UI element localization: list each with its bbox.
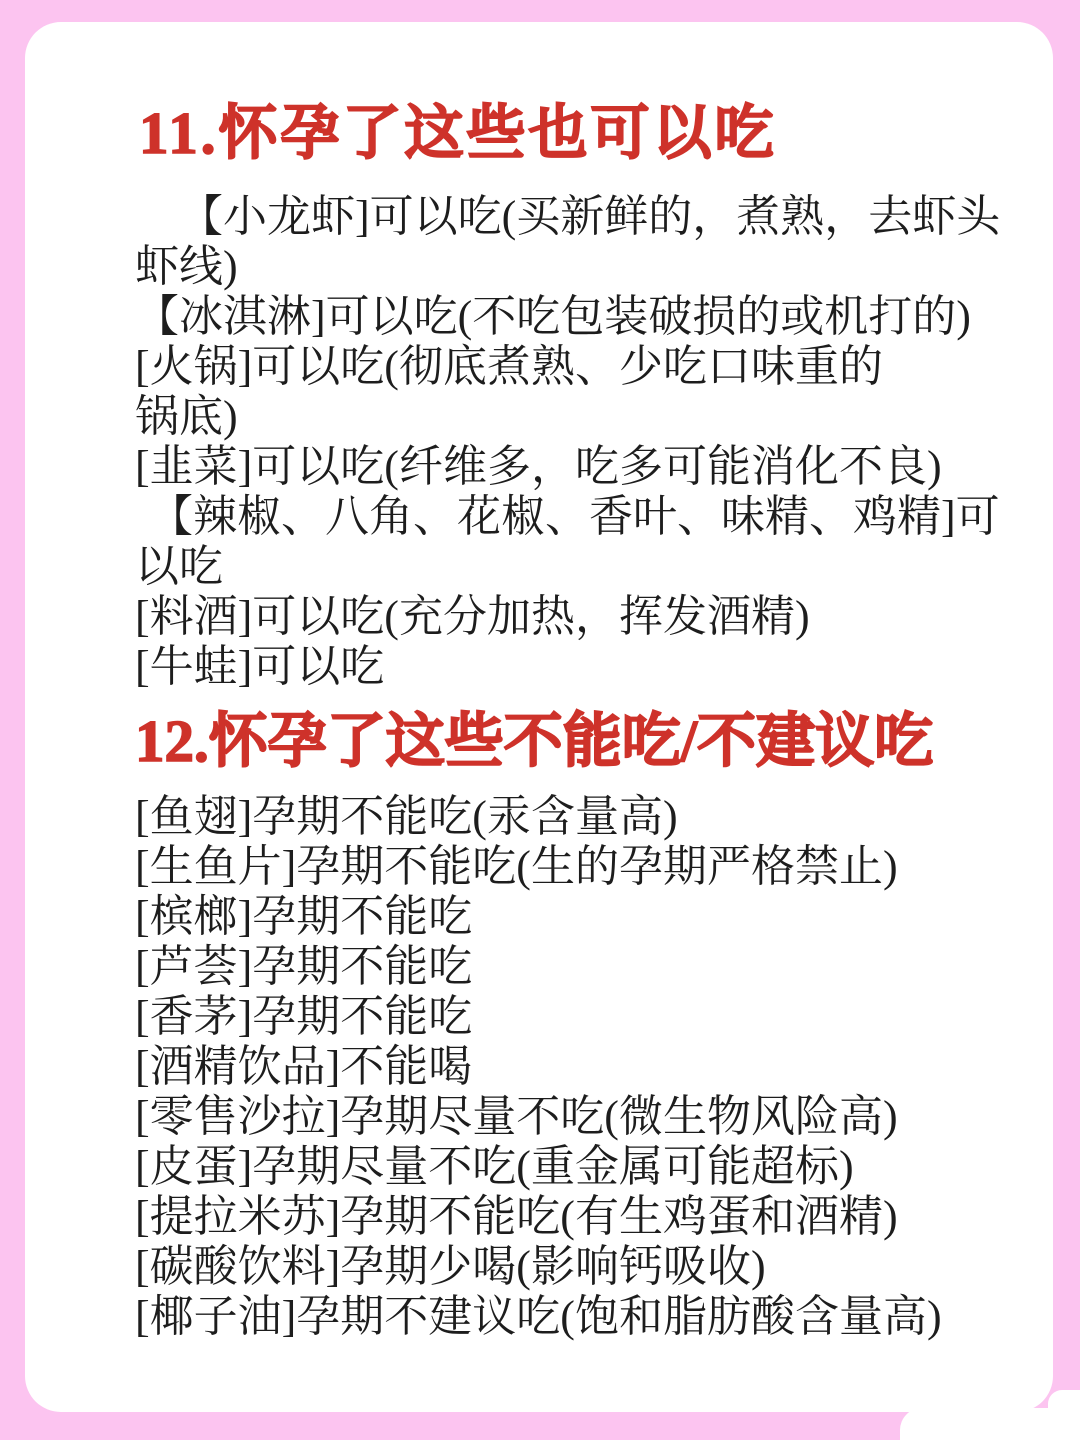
list-item: [牛蛙]可以吃 (135, 642, 1003, 692)
list-item: [韭菜]可以吃(纤维多，吃多可能消化不良) (135, 442, 1003, 492)
list-item: 【辣椒、八角、花椒、香叶、味精、鸡精]可以吃 (135, 492, 1003, 592)
watermark-erase-patch-small (1048, 1390, 1080, 1420)
list-item: [生鱼片]孕期不能吃(生的孕期严格禁止) (135, 842, 1003, 892)
list-item: [零售沙拉]孕期尽量不吃(微生物风险高) (135, 1092, 1003, 1142)
list-item: [火锅]可以吃(彻底煮熟、少吃口味重的锅底) (135, 342, 915, 442)
list-item: [皮蛋]孕期尽量不吃(重金属可能超标) (135, 1142, 1003, 1192)
list-item: 【冰淇淋]可以吃(不吃包装破损的或机打的) (135, 292, 1003, 342)
section-heading: 12.怀孕了这些不能吃/不建议吃 (135, 708, 1018, 774)
list-item: [椰子油]孕期不建议吃(饱和脂肪酸含量高) (135, 1292, 1003, 1342)
content-panel: 11.怀孕了这些也可以吃【小龙虾]可以吃(买新鲜的，煮熟，去虾头虾线)【冰淇淋]… (25, 22, 1053, 1412)
list-item: [碳酸饮料]孕期少喝(影响钙吸收) (135, 1242, 1003, 1292)
content: 11.怀孕了这些也可以吃【小龙虾]可以吃(买新鲜的，煮熟，去虾头虾线)【冰淇淋]… (25, 22, 1053, 1342)
list-item: [酒精饮品]不能喝 (135, 1042, 1003, 1092)
list-item: [提拉米苏]孕期不能吃(有生鸡蛋和酒精) (135, 1192, 1003, 1242)
list-item: [香茅]孕期不能吃 (135, 992, 1003, 1042)
list-item: [槟榔]孕期不能吃 (135, 892, 1003, 942)
list-item: 【小龙虾]可以吃(买新鲜的，煮熟，去虾头虾线) (135, 192, 1003, 292)
section-heading: 11.怀孕了这些也可以吃 (139, 100, 1018, 166)
list-item: [料酒]可以吃(充分加热，挥发酒精) (135, 592, 1003, 642)
list-item: [鱼翅]孕期不能吃(汞含量高) (135, 792, 1003, 842)
list-item: [芦荟]孕期不能吃 (135, 942, 1003, 992)
